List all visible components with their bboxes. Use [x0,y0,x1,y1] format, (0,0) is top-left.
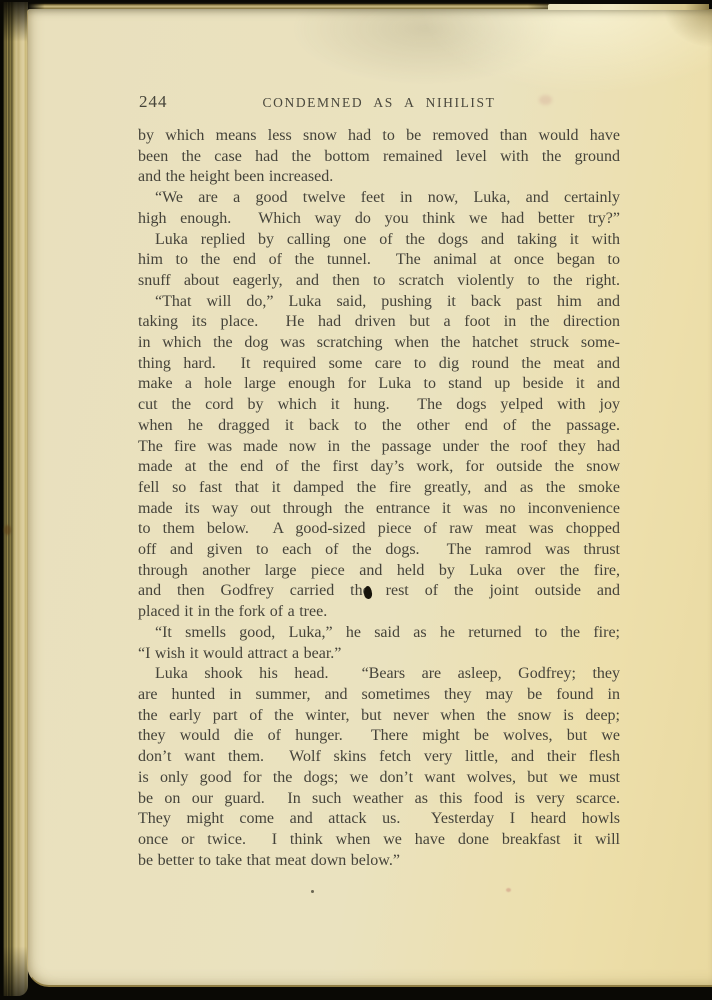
text-line: they would die of hunger. There might be… [138,726,620,747]
text-line: “It smells good, Luka,” he said as he re… [138,623,620,644]
text-line: been the case had the bottom remained le… [138,147,620,168]
text-line: be on our guard. In such weather as this… [138,789,620,810]
text-line: “That will do,” Luka said, pushing it ba… [138,292,620,313]
text-line: snuff about eagerly, and then to scratch… [138,271,620,292]
text-line: The fire was made now in the passage und… [138,437,620,458]
text-line: by which means less snow had to be remov… [138,126,620,147]
text-line: off and given to each of the dogs. The r… [138,540,620,561]
book-page: 244 CONDEMNED AS A NIHILIST by which mea… [27,9,712,987]
text-line: make a hole large enough for Luka to sta… [138,374,620,395]
text-line: made at the end of the first day’s work,… [138,457,620,478]
scan-speck [506,888,511,892]
page-body: by which means less snow had to be remov… [138,126,620,871]
text-line: is only good for the dogs; we don’t want… [138,768,620,789]
scan-speck [4,525,11,535]
text-line: “We are a good twelve feet in now, Luka,… [138,188,620,209]
text-line: high enough. Which way do you think we h… [138,209,620,230]
text-line: when he dragged it back to the other end… [138,416,620,437]
text-line: be better to take that meat down below.” [138,851,620,872]
text-line: once or twice. I think when we have done… [138,830,620,851]
text-line: are hunted in summer, and sometimes they… [138,685,620,706]
text-line: thing hard. It required some care to dig… [138,354,620,375]
page-stack-edge [0,2,28,996]
text-line: They might come and attack us. Yesterday… [138,809,620,830]
page-top-edge [548,4,709,10]
text-line: and then Godfrey carried the rest of the… [138,581,620,602]
text-line: fell so fast that it damped the fire gre… [138,478,620,499]
text-line: “I wish it would attract a bear.” [138,644,620,665]
text-line: him to the end of the tunnel. The animal… [138,250,620,271]
text-line: placed it in the fork of a tree. [138,602,620,623]
text-line: the early part of the winter, but never … [138,706,620,727]
text-line: Luka shook his head. “Bears are asleep, … [138,664,620,685]
scan-speck [539,95,552,105]
text-line: and the height been increased. [138,167,620,188]
book-scan: 244 CONDEMNED AS A NIHILIST by which mea… [0,0,712,1000]
text-line: cut the cord by which it hung. The dogs … [138,395,620,416]
scan-speck [311,890,314,893]
text-line: Luka replied by calling one of the dogs … [138,230,620,251]
text-line: to them below. A good-sized piece of raw… [138,519,620,540]
text-line: taking its place. He had driven but a fo… [138,312,620,333]
text-line: through another large piece and held by … [138,561,620,582]
text-line: in which the dog was scratching when the… [138,333,620,354]
text-line: made its way out through the entrance it… [138,499,620,520]
text-line: don’t want them. Wolf skins fetch very l… [138,747,620,768]
